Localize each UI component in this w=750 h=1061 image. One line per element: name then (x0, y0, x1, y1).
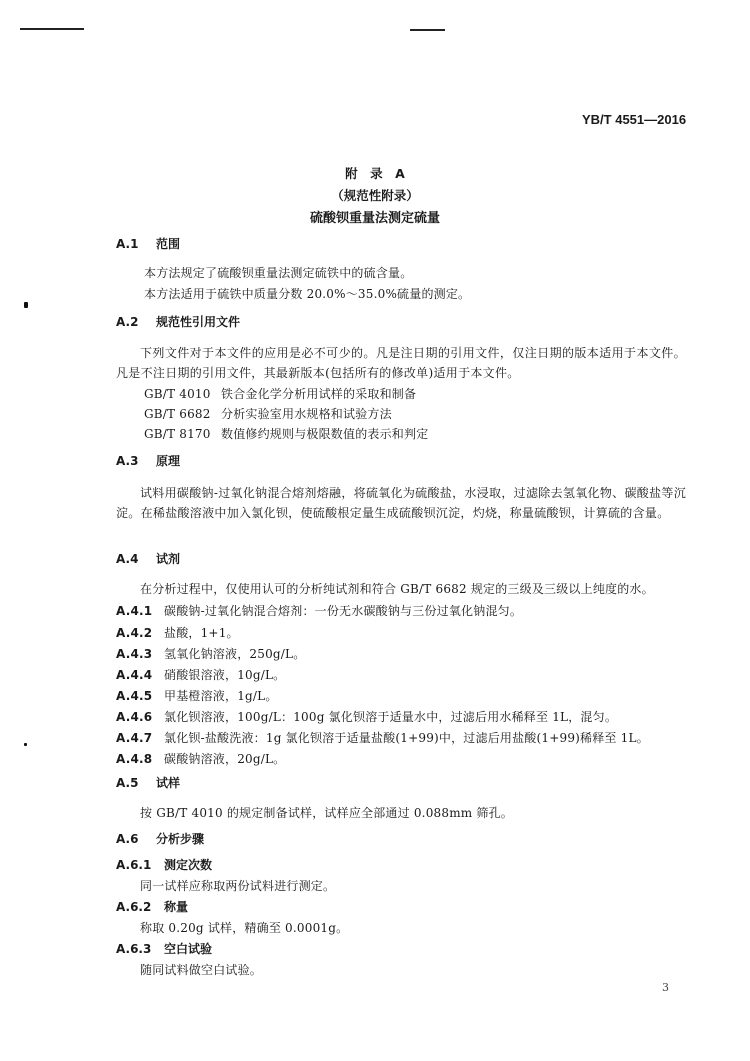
section-heading-a5: A.5试样 (116, 774, 180, 791)
item-number: A.4.1 (116, 604, 164, 618)
a1-line-2: 本方法适用于硫铁中质量分数 20.0%～35.0%硫量的测定。 (144, 285, 470, 302)
annex-type: （规范性附录） (0, 186, 750, 204)
reagent-item: A.4.2盐酸，1+1。 (116, 624, 239, 641)
subsection-number: A.6.3 (116, 942, 164, 956)
a5-text: 按 GB/T 4010 的规定制备试样，试样应全部通过 0.088mm 筛孔。 (140, 804, 513, 821)
section-heading-a3: A.3原理 (116, 452, 180, 469)
a3-text: 试料用碳酸钠-过氧化钠混合熔剂熔融，将硫氧化为硫酸盐，水浸取，过滤除去氢氧化物、… (116, 483, 686, 523)
item-text: 硝酸银溶液，10g/L。 (164, 668, 285, 682)
reference-title: 数值修约规则与极限数值的表示和判定 (221, 427, 428, 441)
item-number: A.4.6 (116, 710, 164, 724)
top-right-rule (410, 29, 445, 31)
item-number: A.4.7 (116, 731, 164, 745)
item-text: 氯化钡溶液，100g/L：100g 氯化钡溶于适量水中，过滤后用水稀释至 1L，… (164, 710, 617, 724)
a2-intro: 下列文件对于本文件的应用是必不可少的。凡是注日期的引用文件，仅注日期的版本适用于… (116, 343, 686, 383)
section-heading-a6: A.6分析步骤 (116, 830, 204, 847)
page-number: 3 (662, 981, 669, 994)
section-heading-a1: A.1范围 (116, 235, 180, 252)
subsection-title: 测定次数 (164, 858, 212, 872)
item-text: 氢氧化钠溶液，250g/L。 (164, 647, 305, 661)
section-number: A.2 (116, 315, 156, 329)
a6-3-text: 随同试料做空白试验。 (140, 961, 262, 978)
reagent-item: A.4.7氯化钡-盐酸洗液：1g 氯化钡溶于适量盐酸(1+99)中，过滤后用盐酸… (116, 729, 649, 746)
section-title: 原理 (156, 454, 180, 468)
reagent-item: A.4.3氢氧化钠溶液，250g/L。 (116, 645, 305, 662)
item-text: 氯化钡-盐酸洗液：1g 氯化钡溶于适量盐酸(1+99)中，过滤后用盐酸(1+99… (164, 731, 649, 745)
scan-mark (24, 743, 27, 746)
subsection-number: A.6.2 (116, 900, 164, 914)
a6-1-text: 同一试样应称取两份试料进行测定。 (140, 877, 335, 894)
top-left-rule (20, 28, 84, 30)
subsection-title: 空白试验 (164, 942, 212, 956)
reference-code: GB/T 8170 (144, 427, 221, 441)
reference-title: 分析实验室用水规格和试验方法 (221, 407, 392, 421)
section-title: 分析步骤 (156, 832, 204, 846)
reference-item: GB/T 6682分析实验室用水规格和试验方法 (144, 405, 392, 422)
section-title: 试剂 (156, 552, 180, 566)
section-heading-a2: A.2规范性引用文件 (116, 313, 240, 330)
subsection-number: A.6.1 (116, 858, 164, 872)
section-title: 试样 (156, 776, 180, 790)
reference-code: GB/T 4010 (144, 387, 221, 401)
section-number: A.3 (116, 454, 156, 468)
subsection-heading-a6-3: A.6.3空白试验 (116, 940, 212, 957)
item-text: 甲基橙溶液，1g/L。 (164, 689, 278, 703)
item-number: A.4.3 (116, 647, 164, 661)
section-number: A.1 (116, 237, 156, 251)
reagent-item: A.4.5甲基橙溶液，1g/L。 (116, 687, 278, 704)
item-number: A.4.4 (116, 668, 164, 682)
section-number: A.6 (116, 832, 156, 846)
reference-title: 铁合金化学分析用试样的采取和制备 (221, 387, 416, 401)
item-text: 碳酸钠-过氧化钠混合熔剂：一份无水碳酸钠与三份过氧化钠混匀。 (164, 604, 522, 618)
scan-mark (24, 302, 28, 308)
item-number: A.4.8 (116, 752, 164, 766)
item-number: A.4.5 (116, 689, 164, 703)
reference-item: GB/T 4010铁合金化学分析用试样的采取和制备 (144, 385, 416, 402)
annex-title: 硫酸钡重量法测定硫量 (0, 207, 750, 226)
item-text: 碳酸钠溶液，20g/L。 (164, 752, 285, 766)
item-number: A.4.2 (116, 626, 164, 640)
section-title: 规范性引用文件 (156, 315, 240, 329)
subsection-title: 称量 (164, 900, 188, 914)
a1-line-1: 本方法规定了硫酸钡重量法测定硫铁中的硫含量。 (144, 264, 412, 281)
reagent-item: A.4.4硝酸银溶液，10g/L。 (116, 666, 285, 683)
a4-intro: 在分析过程中，仅使用认可的分析纯试剂和符合 GB/T 6682 规定的三级及三级… (140, 580, 654, 597)
a6-2-text: 称取 0.20g 试样，精确至 0.0001g。 (140, 919, 348, 936)
reagent-item: A.4.8碳酸钠溶液，20g/L。 (116, 750, 285, 767)
reference-code: GB/T 6682 (144, 407, 221, 421)
subsection-heading-a6-2: A.6.2称量 (116, 898, 188, 915)
section-heading-a4: A.4试剂 (116, 550, 180, 567)
annex-label: 附 录 A (0, 164, 750, 182)
section-title: 范围 (156, 237, 180, 251)
section-number: A.4 (116, 552, 156, 566)
reagent-item: A.4.6氯化钡溶液，100g/L：100g 氯化钡溶于适量水中，过滤后用水稀释… (116, 708, 617, 725)
reagent-item: A.4.1碳酸钠-过氧化钠混合熔剂：一份无水碳酸钠与三份过氧化钠混匀。 (116, 602, 522, 619)
subsection-heading-a6-1: A.6.1测定次数 (116, 856, 212, 873)
item-text: 盐酸，1+1。 (164, 626, 239, 640)
document-number: YB/T 4551—2016 (582, 112, 686, 127)
reference-item: GB/T 8170数值修约规则与极限数值的表示和判定 (144, 425, 428, 442)
section-number: A.5 (116, 776, 156, 790)
